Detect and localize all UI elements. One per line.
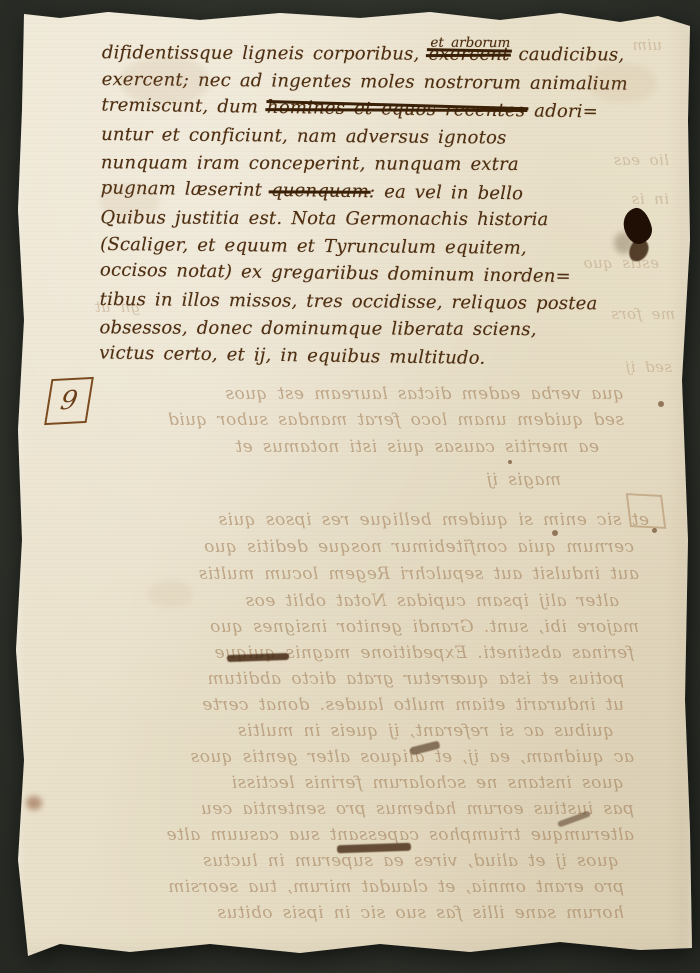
manuscript-text: victus certo, et ij, in equibus multitud… [99, 342, 485, 368]
manuscript-text: occisos notat) ex gregariibus dominum in… [100, 259, 571, 287]
manuscript-text: tremiscunt, dum [101, 94, 267, 117]
struck-text: homines et equos recentes [267, 97, 526, 122]
bleed-through-number-box [626, 493, 666, 529]
bleed-through-line: magis ij [449, 470, 561, 490]
bleed-through-line: ea meritis causas quis isti notamus et [169, 437, 599, 457]
bleed-through-line: potius et ista quæretur grata dicto abdi… [79, 669, 624, 689]
bleed-through-line: cernum quia confitebimur nosque deditis … [89, 537, 634, 557]
paper-shadow-wrap: uimlio easin isestis quome forssed ijgh … [0, 0, 700, 973]
manuscript-text: nunquam iram conceperint, nunquam extra [101, 152, 519, 175]
bleed-through-line: horum sane illis fas suo sic in ipsis ob… [104, 903, 624, 923]
photo-background: uimlio easin isestis quome forssed ijgh … [0, 0, 700, 973]
bleed-through-line: alterumque triumphos capessant sua casuu… [59, 825, 634, 845]
stain [26, 796, 42, 810]
manuscript-text: adori= [525, 100, 598, 122]
bleed-through-line: alter alij ipsam cupidas Notat oblit eos [99, 591, 619, 611]
text-line: difidentissque ligneis corporibus, exerc… [102, 39, 687, 69]
ink-speck [552, 530, 558, 536]
manuscript-text: exercent; nec ad ingentes moles nostroru… [102, 68, 628, 94]
ink-speck [658, 401, 664, 407]
manuscript-text: difidentissque ligneis corporibus, [102, 42, 429, 64]
manuscript-text: Quibus justitia est. Nota Germonachis hi… [100, 207, 548, 230]
bleed-through-line: pro erant omnia, et claudat mirum, tua s… [64, 877, 624, 897]
bleed-through-line: quos instans ne scholarum ferinis lectis… [84, 773, 624, 793]
interlinear-insertion: et arborum [430, 30, 510, 58]
text-line: victus certo, et ij, in equibus multitud… [99, 339, 684, 375]
bleed-through-line: sed quidem unam loco ferat mandas subor … [124, 410, 624, 430]
bleed-through-line: aut indulsit aut sepulchri Regem locum m… [79, 564, 639, 584]
page-number-box: 9 [44, 377, 94, 425]
bleed-through-line: pas iustius eorum habemus pro sententia … [79, 799, 634, 819]
bleed-through-line: et sic enim si quidem bellique res ipsos… [104, 510, 649, 530]
manuscript-text: pugnam læserint [101, 177, 272, 200]
manuscript-page: uimlio easin isestis quome forssed ijgh … [12, 8, 694, 960]
ink-smear [409, 740, 440, 755]
manuscript-text: : ea vel in bello [369, 181, 523, 204]
struck-text: exercentet arborum [428, 44, 509, 65]
main-text-block: difidentissque ligneis corporibus, exerc… [99, 38, 687, 373]
bleed-through-line: quos ij et aliud, vires ea superum in lu… [74, 851, 619, 871]
ink-speck [652, 528, 657, 533]
bleed-through-line: quibus ac si referant, ij queis in multi… [114, 721, 614, 741]
bleed-through-line: ferinas abstineti. Expeditione magnis qu… [104, 643, 634, 663]
ink-smear [557, 810, 591, 827]
ink-smear [337, 843, 411, 854]
manuscript-text: obsessos, donec dominumque liberata scie… [99, 317, 536, 340]
bleed-through-line: qua verba eadem dictas lauream est quos [169, 384, 624, 404]
bleed-through-line: ac quidnam, ea ij, et aliquos alter gent… [74, 747, 634, 767]
struck-text: quenquam [271, 179, 369, 201]
page-number: 9 [58, 386, 80, 417]
manuscript-text: untur et conficiunt, nam adversus ignoto… [101, 123, 507, 148]
bleed-through-line: ut indurarit etiam multo laudes. donat c… [64, 695, 624, 715]
manuscript-text: (Scaliger, et equum et Tyrunculum equite… [100, 233, 527, 258]
manuscript-text: tibus in illos missos, tres occidisse, r… [100, 288, 598, 313]
stain [147, 580, 193, 608]
manuscript-text: caudicibus, [510, 44, 625, 66]
bleed-through-line: majore ibi, sunt. Grandi genitor insigne… [84, 617, 639, 637]
text-line: Quibus justitia est. Nota Germonachis hi… [100, 204, 685, 234]
ink-smear [227, 653, 289, 662]
ink-speck [508, 460, 512, 464]
